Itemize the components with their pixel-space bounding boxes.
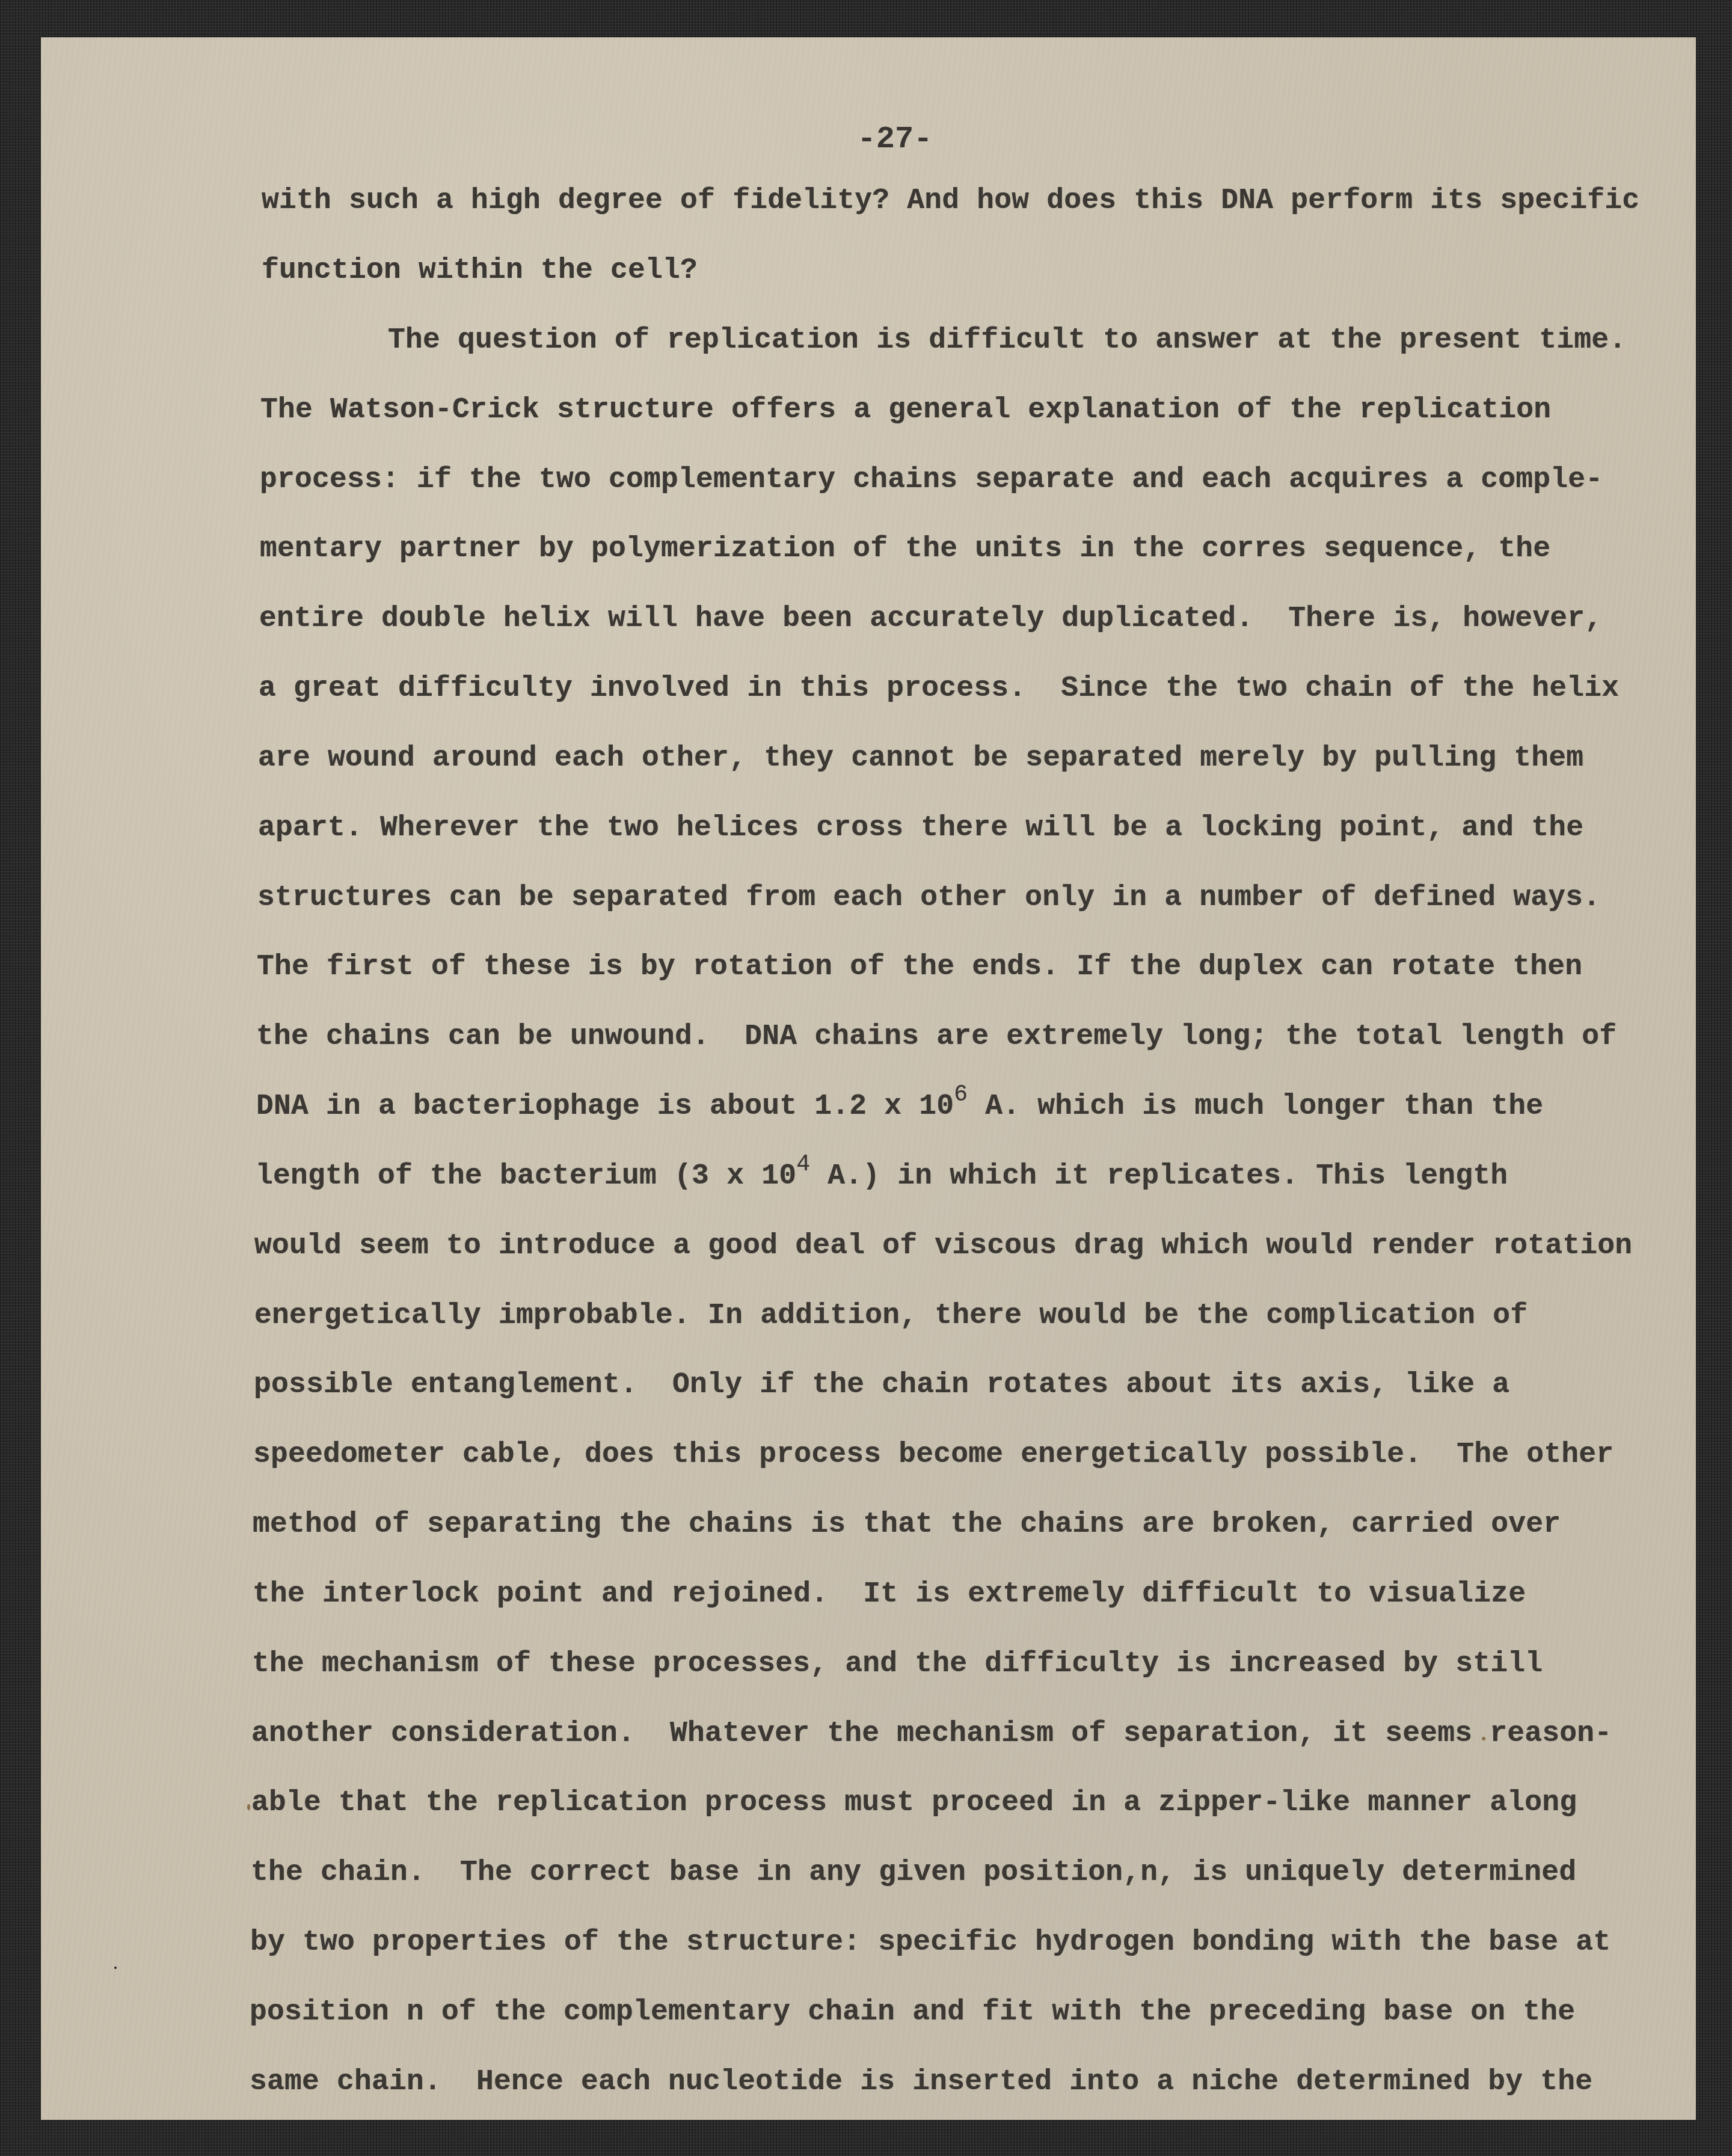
text-line: with such a high degree of fidelity? And… (262, 186, 1639, 215)
text-line-with-exponent: DNA in a bacteriophage is about 1.2 x 10… (256, 1092, 1543, 1121)
text-line: mentary partner by polymerization of the… (260, 535, 1550, 564)
paper-speck (114, 1967, 117, 1969)
text-line: method of separating the chains is that … (253, 1510, 1561, 1539)
paper-speck (1482, 1737, 1485, 1740)
text-line: able that the replication process must p… (251, 1789, 1577, 1817)
text-line: a great difficulty involved in this proc… (259, 674, 1619, 703)
text-line: possible entanglement. Only if the chain… (254, 1371, 1509, 1399)
text-line: by two properties of the structure: spec… (250, 1928, 1611, 1957)
text-line: same chain. Hence each nucleotide is ins… (250, 2068, 1592, 2096)
text-line: function within the cell? (262, 256, 698, 285)
text-line: the mechanism of these processes, and th… (252, 1650, 1543, 1678)
text-line-indented: The question of replication is difficult… (388, 326, 1626, 355)
text-line: the interlock point and rejoined. It is … (253, 1580, 1526, 1609)
text-line: position n of the complementary chain an… (250, 1998, 1575, 2027)
text-line: The first of these is by rotation of the… (257, 953, 1582, 981)
text-segment: DNA in a bacteriophage is about 1.2 x 10 (256, 1090, 954, 1123)
text-segment: length of the bacterium (3 x 10 (256, 1160, 796, 1193)
text-line: apart. Wherever the two helices cross th… (258, 814, 1583, 843)
text-segment: A. which is much longer than the (968, 1090, 1543, 1123)
text-line: The Watson-Crick structure offers a gene… (260, 396, 1551, 425)
typewritten-page: -27- with such a high degree of fidelity… (41, 37, 1696, 2120)
text-line: would seem to introduce a good deal of v… (254, 1232, 1632, 1261)
exponent: 4 (796, 1152, 810, 1178)
text-line: the chain. The correct base in any given… (251, 1858, 1576, 1887)
paper-speck (247, 1804, 250, 1810)
text-line: another consideration. Whatever the mech… (251, 1719, 1612, 1748)
text-line-with-exponent: length of the bacterium (3 x 104 A.) in … (256, 1162, 1508, 1191)
page-number: -27- (67, 121, 1722, 157)
text-line: are wound around each other, they cannot… (258, 744, 1583, 773)
text-line: energetically improbable. In addition, t… (254, 1301, 1528, 1330)
exponent: 6 (954, 1082, 968, 1108)
text-line: speedometer cable, does this process bec… (253, 1440, 1614, 1469)
text-segment: A.) in which it replicates. This length (810, 1160, 1508, 1193)
text-line: process: if the two complementary chains… (260, 465, 1603, 494)
text-line: entire double helix will have been accur… (259, 604, 1602, 633)
text-line: the chains can be unwound. DNA chains ar… (256, 1022, 1617, 1051)
text-line: structures can be separated from each ot… (257, 883, 1600, 912)
